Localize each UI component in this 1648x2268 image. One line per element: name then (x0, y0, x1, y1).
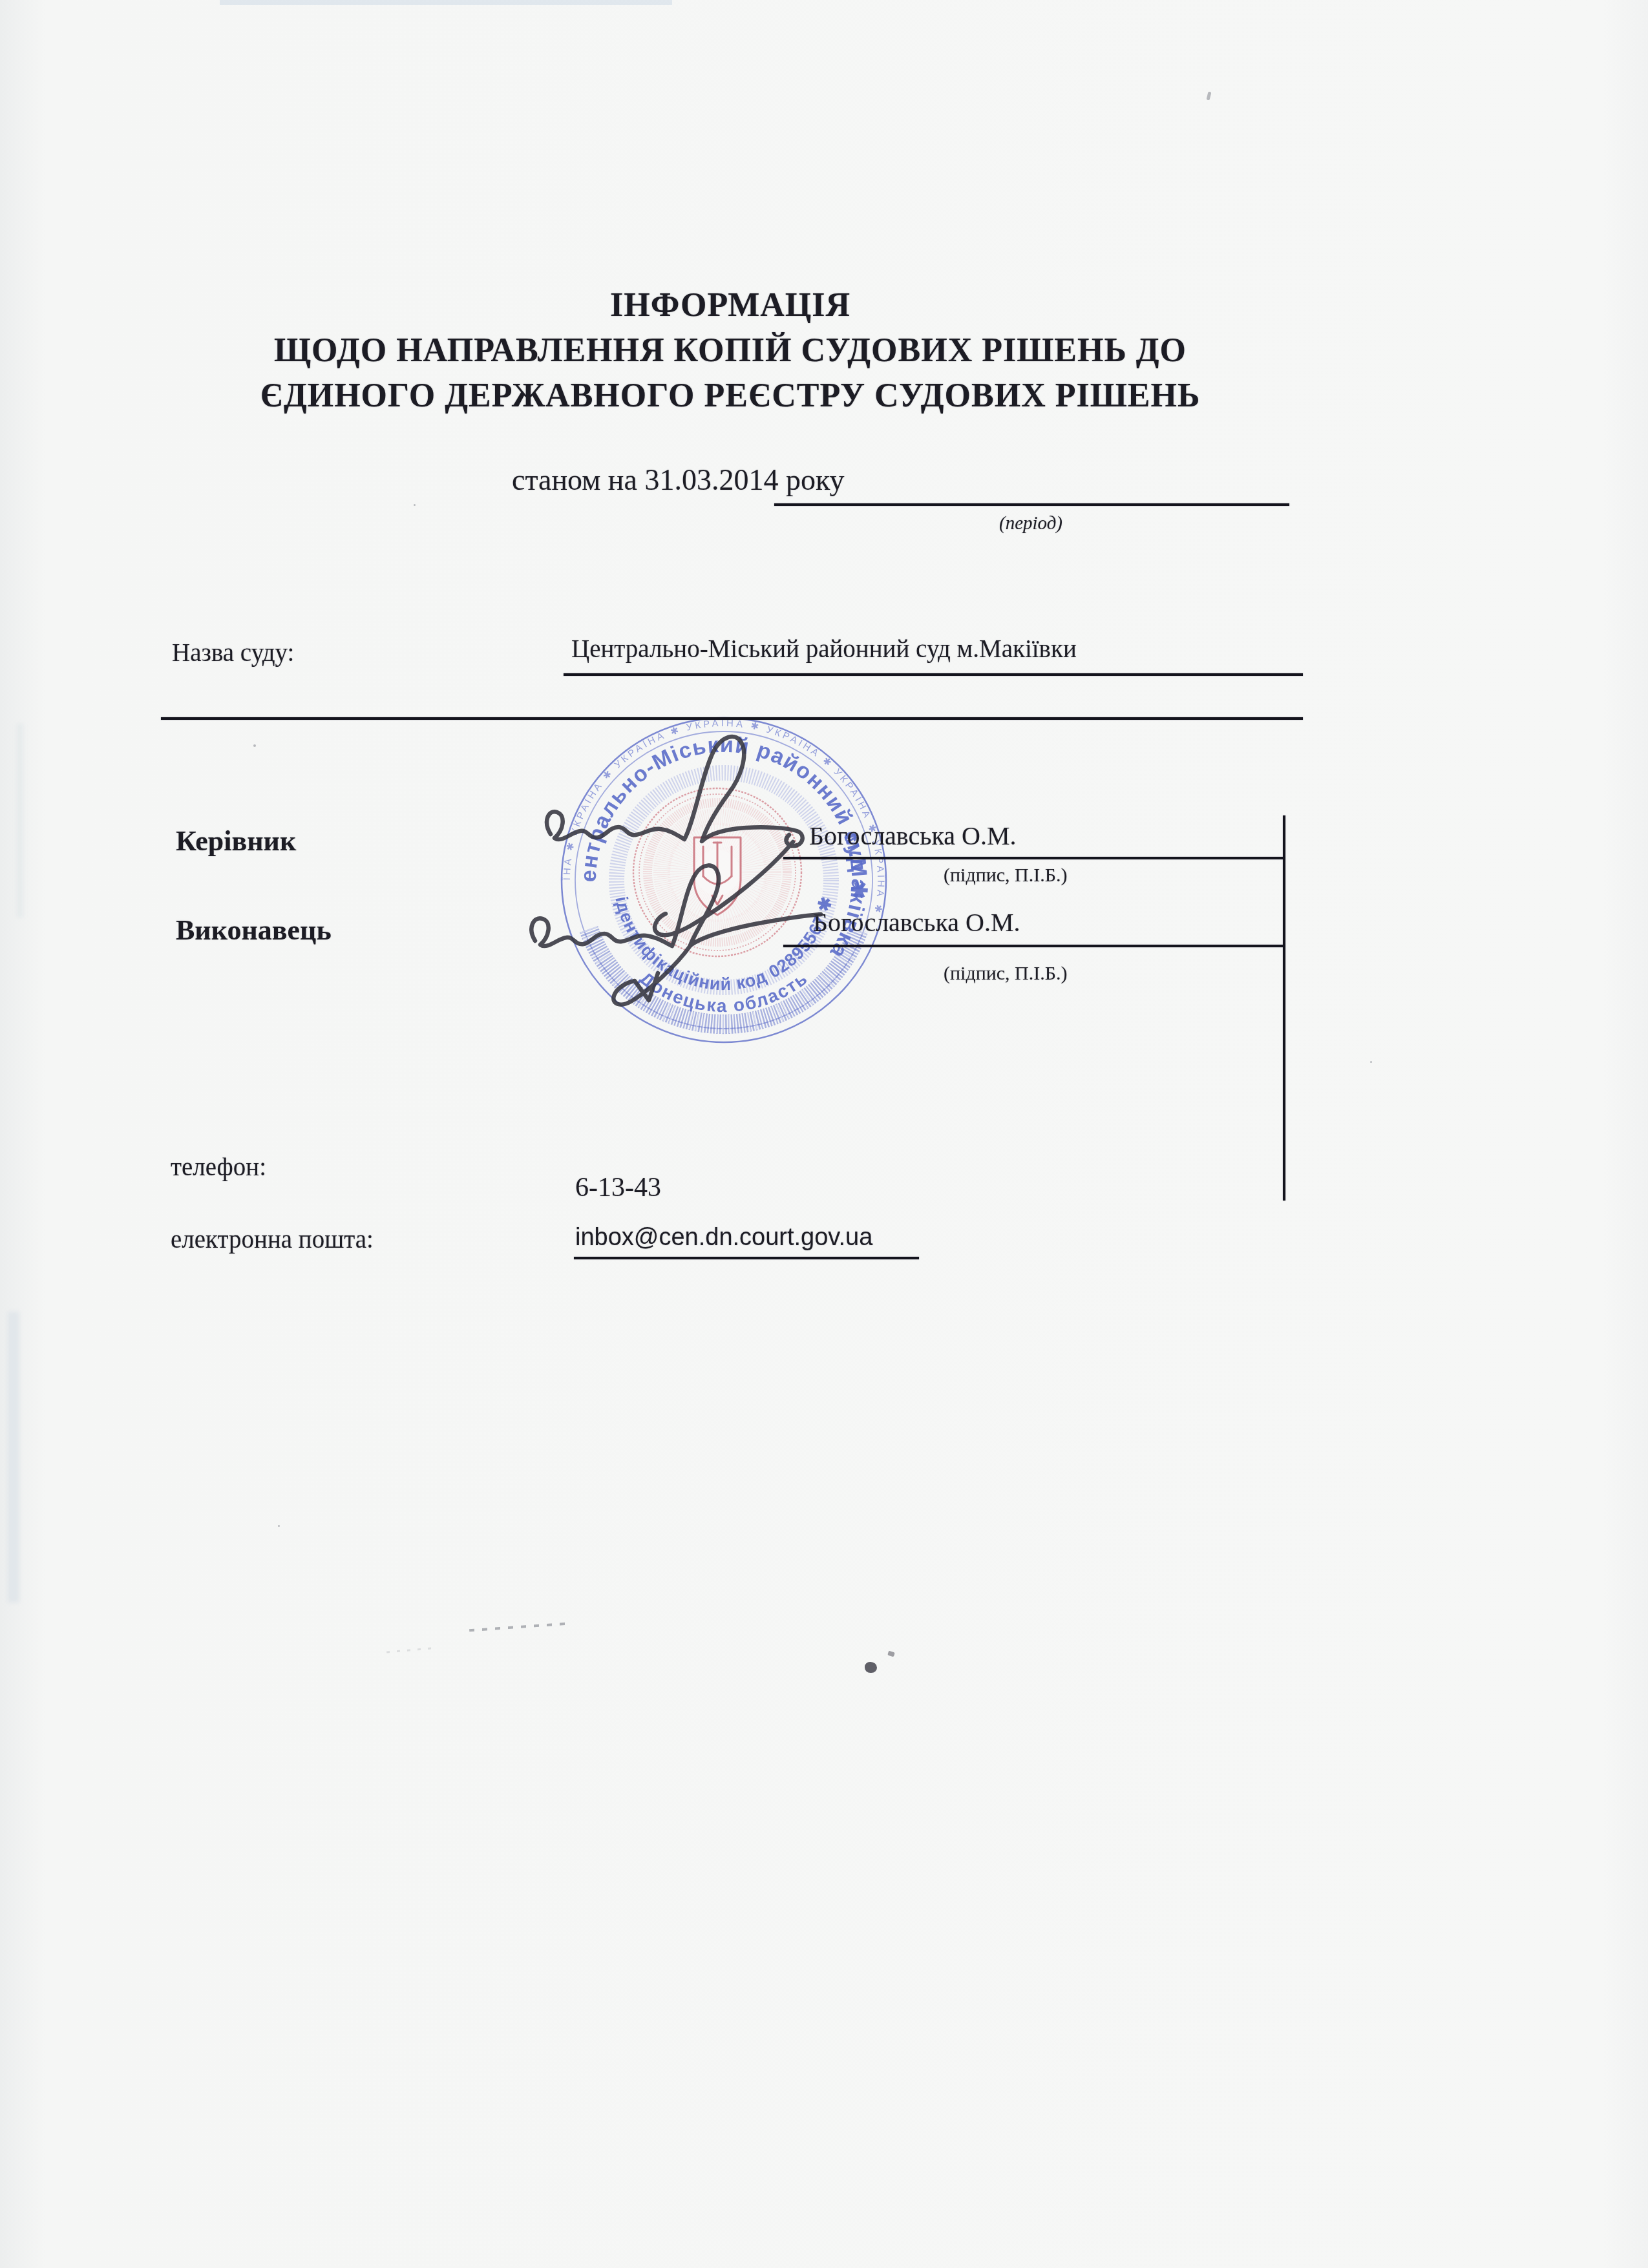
document-title: ІНФОРМАЦІЯ ЩОДО НАПРАВЛЕННЯ КОПІЙ СУДОВИ… (84, 283, 1377, 419)
title-line-2: ЩОДО НАПРАВЛЕННЯ КОПІЙ СУДОВИХ РІШЕНЬ ДО (84, 328, 1377, 373)
phone-value: 6-13-43 (575, 1172, 661, 1203)
scan-speck (1370, 1061, 1372, 1063)
seal-red-emblem (633, 788, 801, 956)
title-line-3: ЄДИНОГО ДЕРЖАВНОГО РЕЄСТРУ СУДОВИХ РІШЕН… (84, 373, 1377, 419)
scan-left-streak (8, 1312, 19, 1602)
form-column-border (1283, 815, 1285, 1201)
report-date: станом на 31.03.2014 року (512, 463, 845, 497)
title-line-1: ІНФОРМАЦІЯ (84, 283, 1377, 328)
phone-label: телефон: (171, 1153, 266, 1182)
scanned-document-page: ІНФОРМАЦІЯ ЩОДО НАПРАВЛЕННЯ КОПІЙ СУДОВИ… (0, 0, 1648, 2268)
scan-edge-tint (220, 0, 672, 5)
scan-left-streak-2 (17, 724, 23, 918)
signatory-role-executor: Виконавець (176, 914, 332, 947)
pencil-smudge-trail (469, 1622, 567, 1632)
scan-speck (414, 504, 416, 506)
ink-blot-tick (887, 1651, 895, 1657)
scan-speck (278, 1525, 280, 1527)
trident-shield-icon (694, 837, 741, 915)
signatory-role-head: Керівник (176, 824, 296, 857)
period-caption: (період) (999, 513, 1062, 534)
section-divider-line (161, 717, 1303, 720)
signatory-name-executor: Богославська О.М. (813, 907, 1020, 938)
signature-line-executor (783, 945, 1285, 947)
court-name-value: Центрально-Міський районний суд м.Макіїв… (571, 635, 1077, 664)
period-underline (774, 503, 1289, 506)
signature-caption-head: (підпис, П.І.Б.) (944, 865, 1067, 887)
ink-blot (865, 1662, 877, 1673)
email-underline (574, 1257, 919, 1259)
scan-speck (253, 744, 256, 747)
email-value: inbox@cen.dn.court.gov.ua (575, 1224, 872, 1252)
signature-caption-executor: (підпис, П.І.Б.) (944, 963, 1067, 985)
email-label: електронна пошта: (171, 1225, 374, 1254)
court-seal-stamp: УКРАЇНА ✱ УКРАЇНА ✱ УКРАЇНА ✱ УКРАЇНА ✱ … (557, 713, 891, 1047)
signature-line-head (783, 857, 1285, 859)
court-name-label: Назва суду: (172, 638, 294, 667)
signatory-name-head: Богославська О.М. (809, 821, 1017, 851)
pencil-smudge-trail-faint (386, 1647, 438, 1654)
court-name-underline (564, 673, 1303, 676)
scan-speck (1207, 92, 1212, 101)
